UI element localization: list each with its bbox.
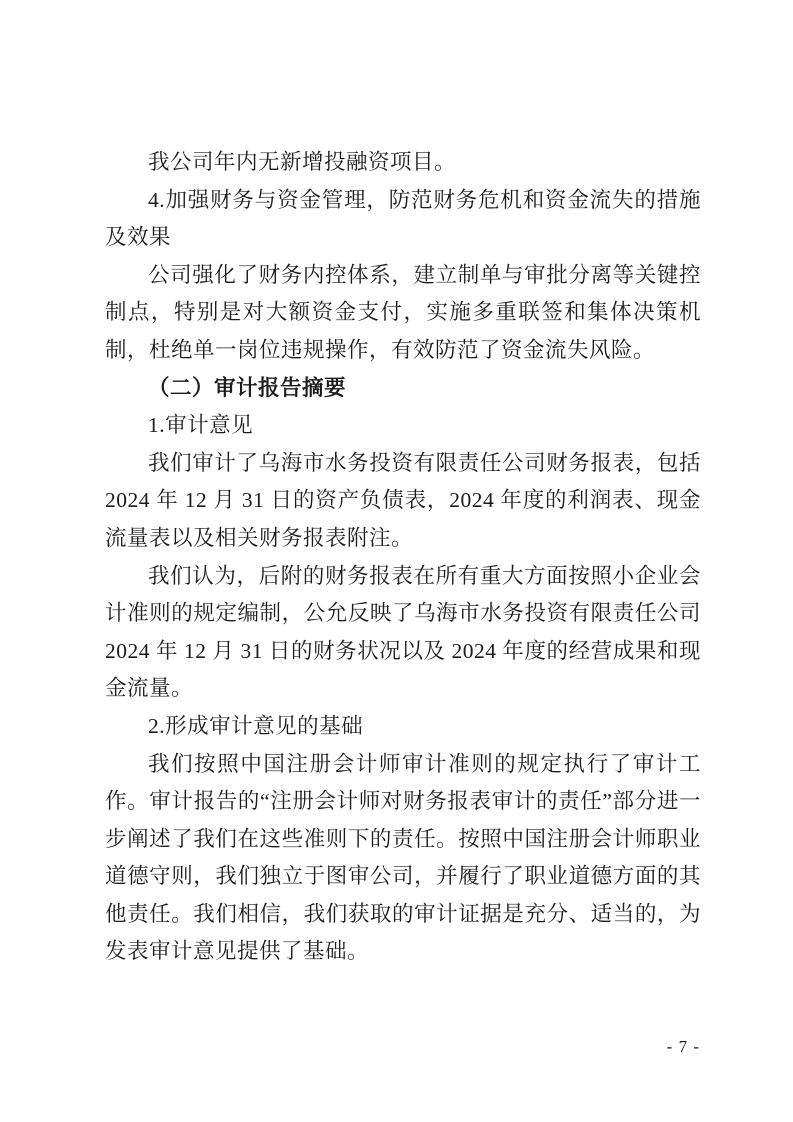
paragraph: 2.形成审计意见的基础 [105,708,701,746]
paragraph: 1.审计意见 [105,407,701,445]
paragraph: 公司强化了财务内控体系，建立制单与审批分离等关键控制点，特别是对大额资金支付，实… [105,257,701,370]
document-page: 我公司年内无新增投融资项目。4.加强财务与资金管理，防范财务危机和资金流失的措施… [0,0,793,1122]
page-number: - 7 - [667,1036,700,1058]
paragraph: 我公司年内无新增投融资项目。 [105,144,701,182]
paragraph: 我们审计了乌海市水务投资有限责任公司财务报表，包括 2024 年 12 月 31… [105,445,701,558]
paragraph: 我们按照中国注册会计师审计准则的规定执行了审计工作。审计报告的“注册会计师对财务… [105,746,701,972]
paragraph: 4.加强财务与资金管理，防范财务危机和资金流失的措施及效果 [105,182,701,257]
document-body: 我公司年内无新增投融资项目。4.加强财务与资金管理，防范财务危机和资金流失的措施… [105,144,701,971]
paragraph: 我们认为，后附的财务报表在所有重大方面按照小企业会计准则的规定编制，公允反映了乌… [105,558,701,708]
section-heading: （二）审计报告摘要 [105,370,701,408]
